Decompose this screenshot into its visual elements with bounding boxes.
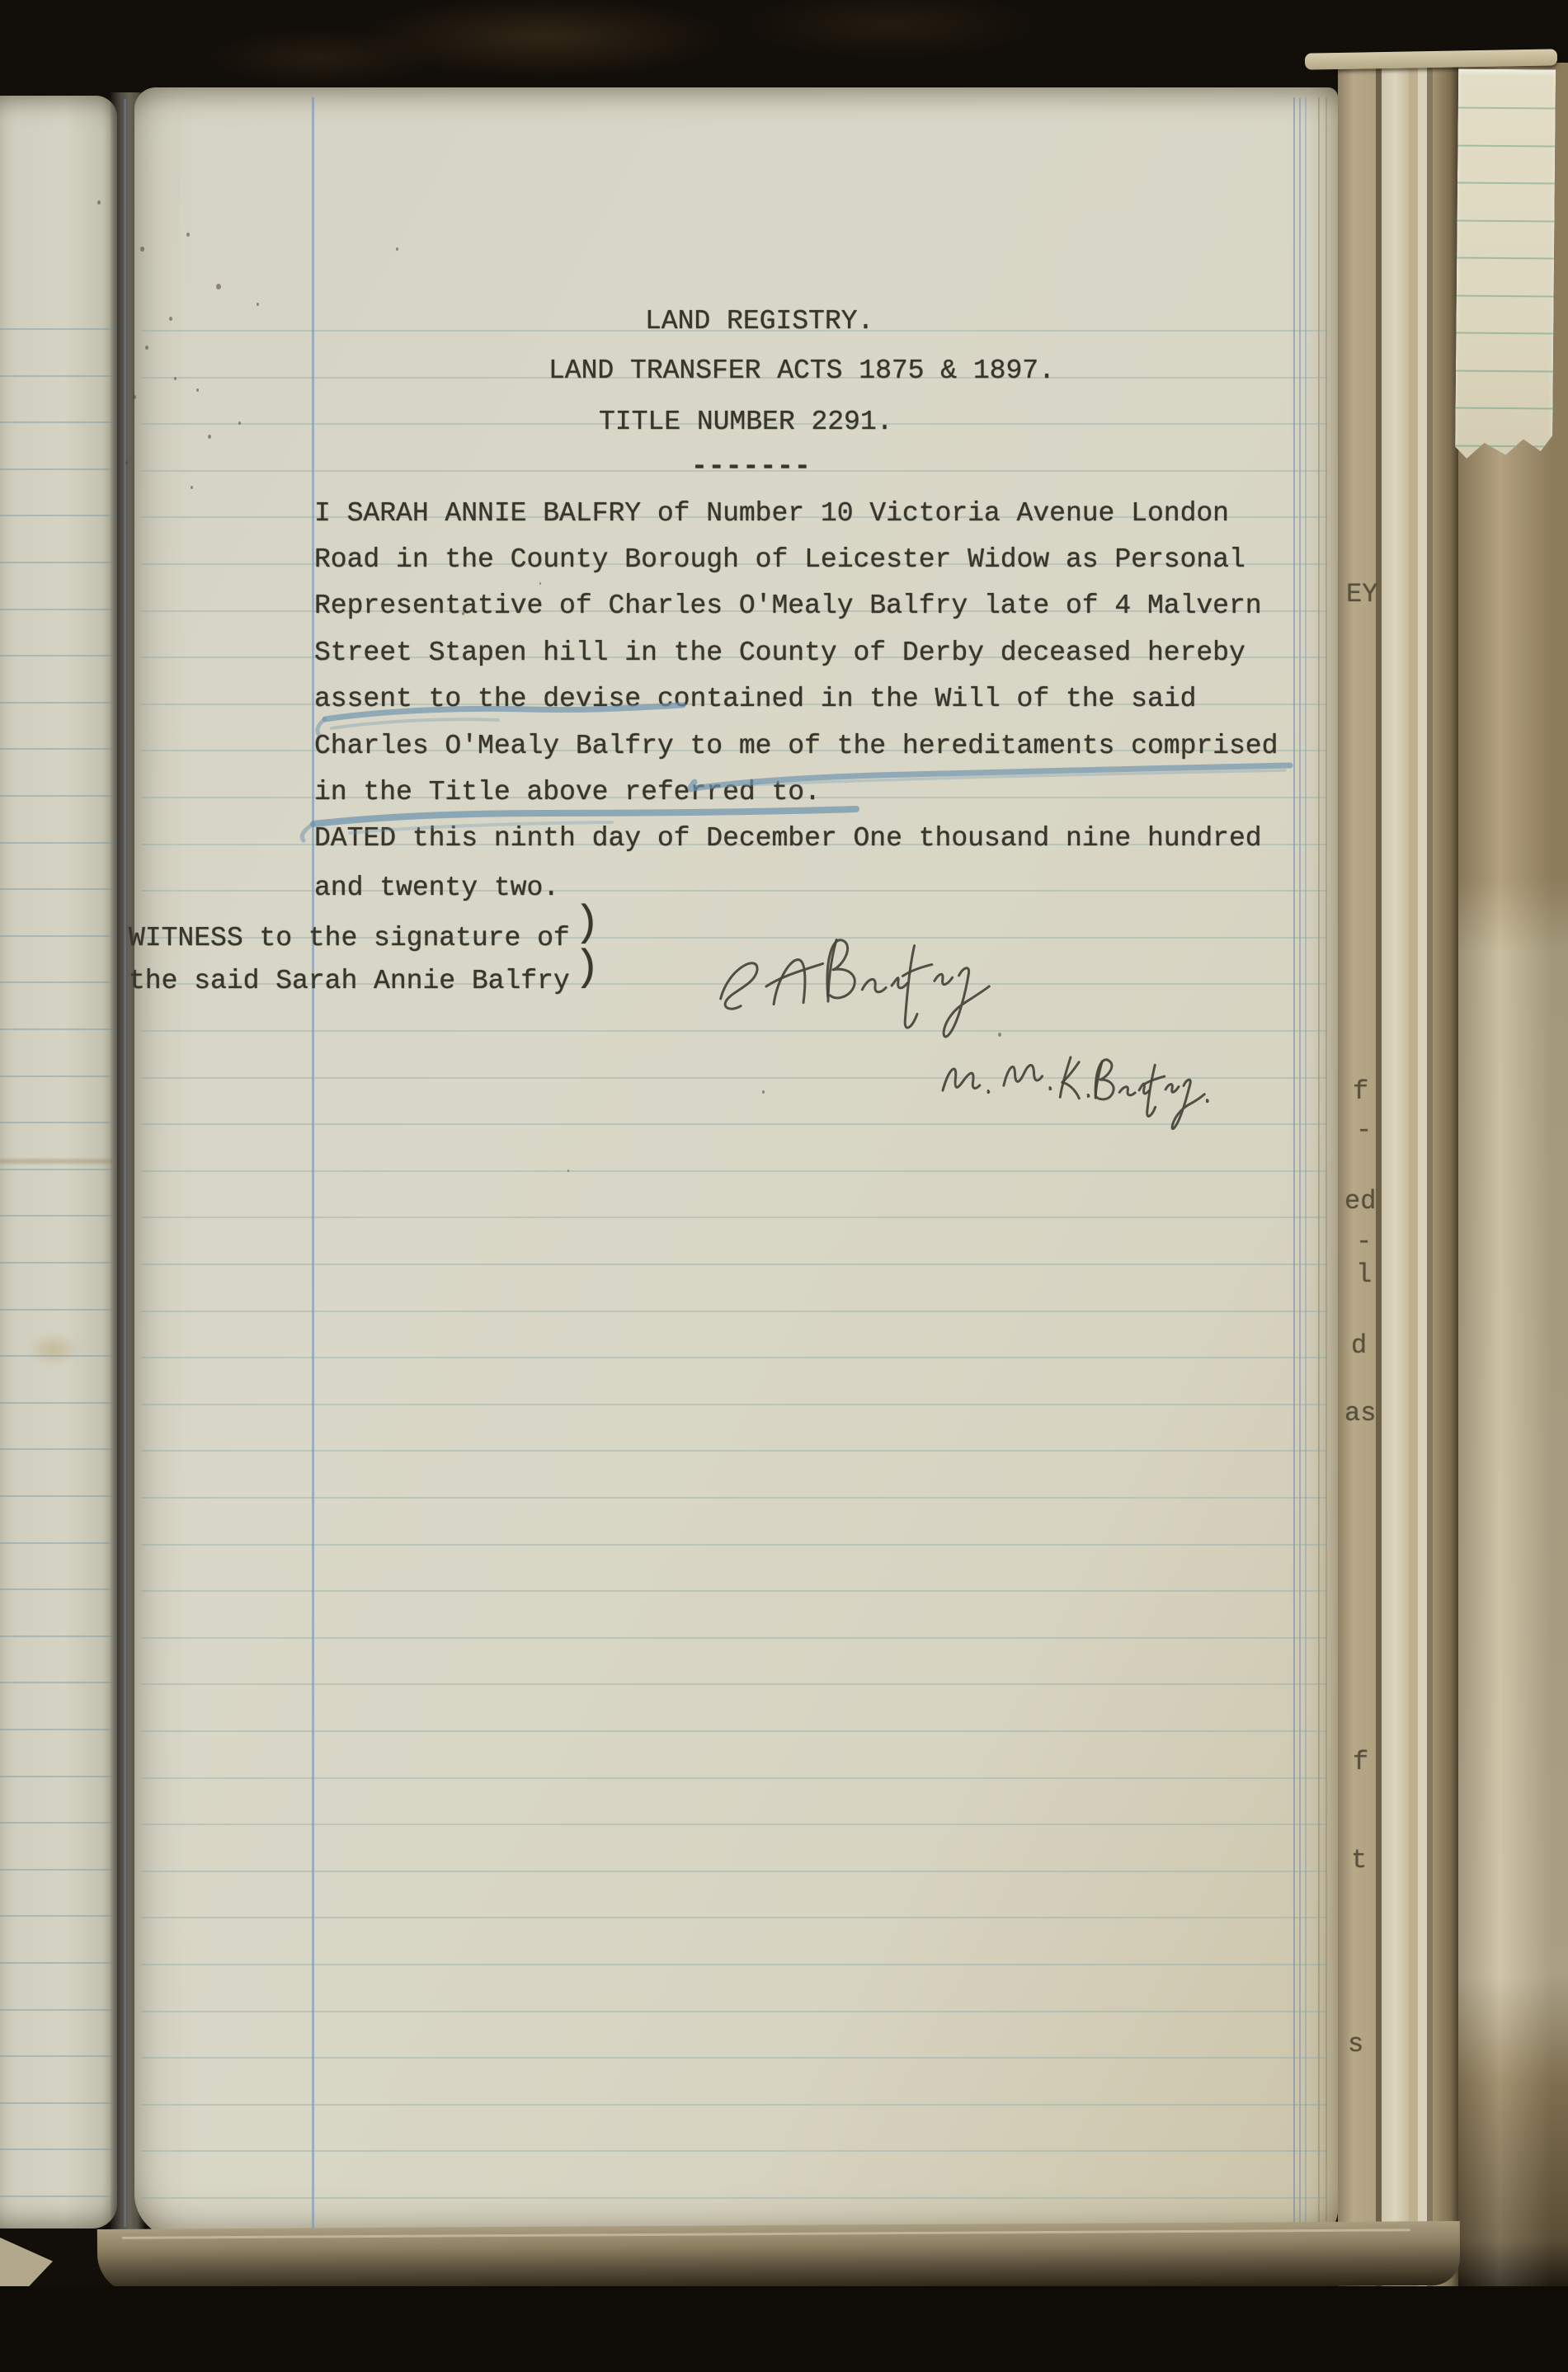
edge-text-fragment: t — [1351, 1845, 1367, 1875]
gutter-margin-line — [124, 99, 126, 2227]
typed-divider: ------- — [691, 450, 812, 483]
body-line-dated: DATED this ninth day of December One tho… — [314, 822, 1262, 855]
ruled-line — [1457, 294, 1554, 297]
foxing-speck — [125, 461, 128, 464]
ruled-line — [141, 1217, 1327, 1218]
foxing-speck — [238, 421, 241, 425]
ruled-line — [141, 1637, 1327, 1639]
paper-stain — [28, 1333, 79, 1366]
ruled-line — [141, 2197, 1327, 2199]
ruled-line — [141, 1964, 1327, 1965]
bottom-page-edges — [97, 2221, 1460, 2294]
ruled-line — [0, 1075, 111, 1077]
ruled-line — [0, 702, 111, 704]
ruled-line — [0, 328, 111, 330]
page-edge-band — [1382, 61, 1409, 2301]
body-line: Road in the County Borough of Leicester … — [314, 544, 1245, 577]
ruled-line — [0, 1169, 111, 1170]
edge-text-fragment: d — [1351, 1330, 1367, 1361]
ruled-line — [0, 655, 111, 657]
edge-text-fragment: s — [1348, 2029, 1363, 2059]
edge-text-fragment: - — [1356, 1226, 1372, 1257]
ruled-line — [0, 1262, 111, 1264]
body-line: I SARAH ANNIE BALFRY of Number 10 Victor… — [314, 497, 1229, 530]
doc-title: LAND REGISTRY. — [645, 305, 873, 338]
page-edge-band — [1433, 61, 1458, 2301]
ruled-line — [0, 1869, 111, 1871]
page-crease — [1326, 97, 1327, 2228]
ruled-line — [0, 842, 111, 844]
ruled-line — [0, 2148, 111, 2150]
ruled-line — [0, 1682, 111, 1683]
ruled-line — [1456, 332, 1553, 334]
ruled-line — [1457, 219, 1554, 222]
scuff-mark — [0, 1159, 112, 1164]
right-margin-line — [1305, 97, 1307, 2228]
ruled-line — [141, 1824, 1327, 1825]
foxing-speck — [257, 303, 259, 306]
ruled-line — [0, 1822, 111, 1824]
foxing-speck — [216, 284, 221, 289]
foxing-speck — [762, 1090, 765, 1094]
page-edge-band — [1418, 61, 1427, 2301]
ruled-line — [141, 1170, 1327, 1172]
foxing-speck — [396, 247, 398, 251]
ruled-line — [0, 748, 111, 750]
ruled-line — [0, 1542, 111, 1544]
body-line: assent to the devise contained in the Wi… — [314, 683, 1196, 716]
ruled-line — [141, 1544, 1327, 1546]
edge-text-fragment: - — [1356, 1115, 1372, 1146]
page-edge-crevice — [1427, 61, 1433, 2301]
typed-brace: ) — [574, 952, 600, 985]
ruled-line — [0, 1028, 111, 1030]
body-line: Charles O'Mealy Balfry to me of the here… — [314, 730, 1278, 763]
witness-line: the said Sarah Annie Balfry — [129, 965, 570, 998]
scanned-ledger-photo: LAND REGISTRY. LAND TRANSFER ACTS 1875 &… — [0, 0, 1568, 2372]
foxing-speck — [196, 388, 199, 392]
ruled-line — [0, 515, 111, 516]
ruled-line — [0, 1635, 111, 1637]
right-margin-line — [1293, 97, 1295, 2228]
ruled-line — [0, 1729, 111, 1730]
ruled-line — [0, 421, 111, 423]
foxing-speck — [133, 395, 136, 399]
ruled-line — [141, 1357, 1327, 1358]
ruled-line — [0, 609, 111, 610]
ruled-line — [1457, 144, 1555, 147]
ruled-line — [141, 1264, 1327, 1265]
ruled-line — [141, 2057, 1327, 2059]
foxing-speck — [462, 612, 464, 615]
foxing-speck — [998, 1033, 1001, 1037]
page-crease — [1318, 97, 1320, 2228]
ruled-line — [1458, 106, 1556, 109]
ruled-line — [141, 1311, 1327, 1312]
ruled-line — [0, 562, 111, 563]
ruled-line — [0, 2055, 111, 2057]
ruled-line — [1456, 407, 1553, 409]
page-edge-crevice — [1376, 61, 1382, 2301]
ruled-line — [141, 1450, 1327, 1452]
body-line-dated: and twenty two. — [314, 872, 559, 905]
ruled-line — [0, 2009, 111, 2011]
ruled-line — [0, 2196, 111, 2197]
page-edge-band — [1338, 61, 1376, 2301]
doc-title-number: TITLE NUMBER 2291. — [599, 406, 892, 439]
ruled-line — [0, 888, 111, 890]
ruled-line — [1457, 181, 1555, 184]
left-margin-line — [312, 97, 314, 2228]
body-line: in the Title above referred to. — [314, 776, 821, 809]
page-edge-band — [1409, 61, 1418, 2301]
ruled-line — [0, 1215, 111, 1217]
ruled-line — [141, 1777, 1327, 1779]
foxing-speck — [140, 247, 144, 252]
foxing-speck — [97, 200, 101, 205]
foxing-speck — [208, 435, 211, 439]
foxing-speck — [567, 1170, 569, 1172]
ruled-line — [1455, 445, 1552, 447]
ruled-line — [0, 1495, 111, 1497]
ruled-line — [141, 1497, 1327, 1499]
bottom-left-page-corner — [0, 2227, 53, 2286]
ruled-line — [0, 468, 111, 470]
left-facing-page — [0, 96, 117, 2228]
ruled-line — [141, 1683, 1327, 1685]
ruled-line — [0, 1122, 111, 1123]
ruled-line — [141, 2150, 1327, 2152]
edge-text-fragment: ed — [1344, 1186, 1376, 1217]
ruled-line — [0, 1448, 111, 1450]
ruled-line — [141, 2011, 1327, 2012]
ruled-line — [0, 2102, 111, 2104]
ruled-line — [0, 795, 111, 797]
ruled-line — [141, 1917, 1327, 1918]
ruled-line — [0, 1309, 111, 1311]
doc-subtitle-acts: LAND TRANSFER ACTS 1875 & 1897. — [549, 355, 1055, 388]
edge-text-fragment: f — [1353, 1747, 1368, 1777]
edge-text-fragment: EY — [1346, 579, 1377, 609]
body-line: Representative of Charles O'Mealy Balfry… — [314, 590, 1262, 623]
ruled-line — [141, 1590, 1327, 1592]
ruled-line — [141, 1871, 1327, 1872]
ruled-line — [141, 2104, 1327, 2106]
ruled-line — [141, 1730, 1327, 1732]
foxing-speck — [174, 377, 177, 380]
foxing-speck — [145, 346, 148, 350]
typed-brace: ) — [574, 907, 600, 940]
signature-nmk-balfry — [926, 1019, 1214, 1159]
ruled-line — [0, 935, 111, 937]
ruled-line — [0, 375, 111, 377]
right-margin-line — [1299, 97, 1301, 2228]
body-line: Street Stapen hill in the County of Derb… — [314, 637, 1245, 670]
edge-text-fragment: as — [1344, 1398, 1376, 1428]
ruled-line — [0, 1355, 111, 1357]
ruled-line — [0, 1776, 111, 1777]
foxing-speck — [186, 233, 190, 237]
foxing-speck — [191, 486, 193, 489]
ruled-line — [141, 1404, 1327, 1405]
ruled-line — [1456, 369, 1553, 372]
witness-line: WITNESS to the signature of — [129, 922, 570, 955]
ruled-line — [0, 981, 111, 983]
ruled-line — [0, 1402, 111, 1404]
foxing-speck — [169, 317, 172, 321]
foxing-speck — [539, 582, 541, 585]
ruled-line — [0, 1915, 111, 1917]
ruled-line — [0, 1962, 111, 1964]
ruled-line — [0, 1588, 111, 1590]
edge-text-fragment: l — [1356, 1259, 1372, 1290]
backdrop-bottom — [0, 2286, 1568, 2372]
ruled-insert-sheet — [1455, 68, 1556, 467]
ruled-line — [1457, 256, 1554, 259]
edge-text-fragment: f — [1353, 1076, 1368, 1107]
